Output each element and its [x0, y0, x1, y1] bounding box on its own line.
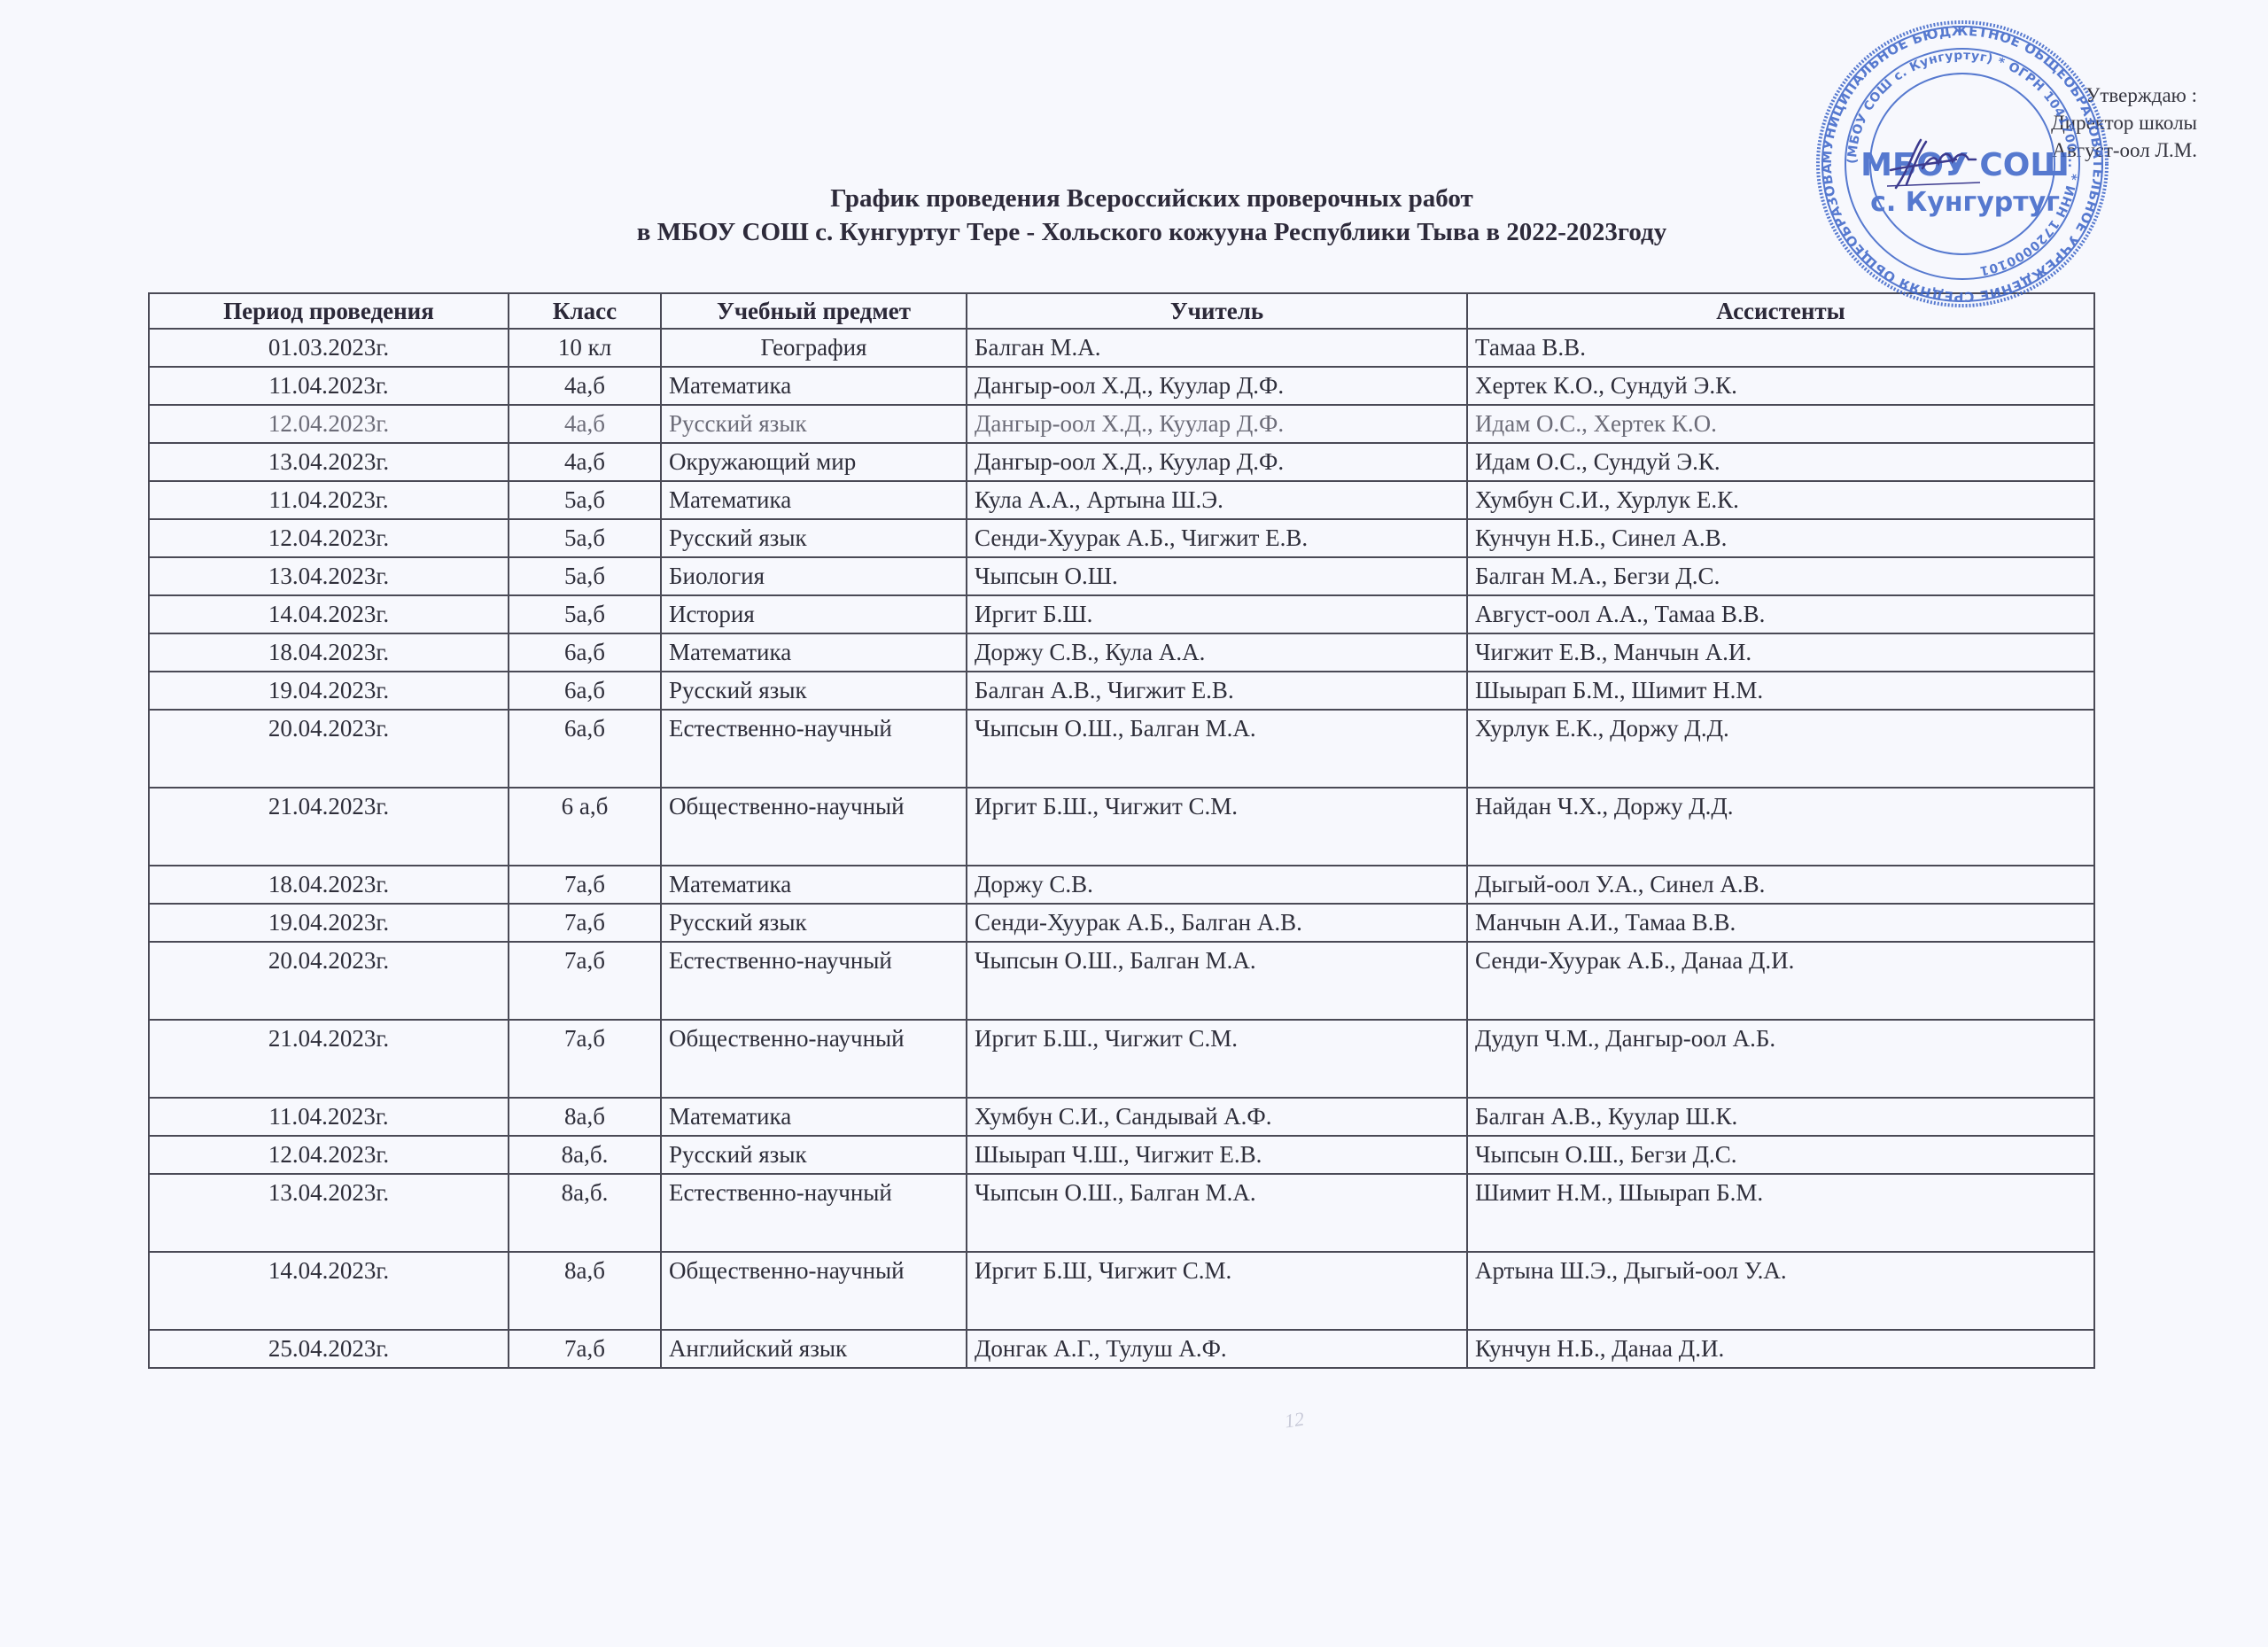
- cell-assistants: Сенди-Хуурак А.Б., Данаа Д.И.: [1467, 942, 2094, 1020]
- cell-assistants: Идам О.С., Хертек К.О.: [1467, 405, 2094, 443]
- cell-date: 25.04.2023г.: [149, 1330, 509, 1368]
- table-row: 12.04.2023г.5а,бРусский языкСенди-Хуурак…: [149, 519, 2094, 557]
- cell-class: 5а,б: [509, 557, 661, 595]
- cell-subject: Математика: [661, 866, 967, 904]
- cell-assistants: Август-оол А.А., Тамаа В.В.: [1467, 595, 2094, 633]
- table-row: 11.04.2023г.8а,бМатематикаХумбун С.И., С…: [149, 1098, 2094, 1136]
- cell-class: 4а,б: [509, 405, 661, 443]
- cell-subject: Русский язык: [661, 672, 967, 710]
- cell-assistants: Идам О.С., Сундуй Э.К.: [1467, 443, 2094, 481]
- cell-teacher: Сенди-Хуурак А.Б., Чигжит Е.В.: [967, 519, 1467, 557]
- cell-class: 6а,б: [509, 710, 661, 788]
- cell-subject: География: [661, 329, 967, 367]
- cell-date: 19.04.2023г.: [149, 904, 509, 942]
- approval-block: Утверждаю : Директор школы Август-оол Л.…: [1914, 82, 2197, 164]
- cell-assistants: Дудуп Ч.М., Дангыр-оол А.Б.: [1467, 1020, 2094, 1098]
- cell-assistants: Чигжит Е.В., Манчын А.И.: [1467, 633, 2094, 672]
- cell-class: 7а,б: [509, 942, 661, 1020]
- cell-teacher: Чыпсын О.Ш., Балган М.А.: [967, 942, 1467, 1020]
- cell-teacher: Шыырап Ч.Ш., Чигжит Е.В.: [967, 1136, 1467, 1174]
- table-header-row: Период проведения Класс Учебный предмет …: [149, 293, 2094, 329]
- cell-date: 12.04.2023г.: [149, 405, 509, 443]
- cell-assistants: Хумбун С.И., Хурлук Е.К.: [1467, 481, 2094, 519]
- table-row: 19.04.2023г.6а,бРусский языкБалган А.В.,…: [149, 672, 2094, 710]
- cell-subject: Русский язык: [661, 519, 967, 557]
- approval-title: Утверждаю :: [1914, 82, 2197, 109]
- cell-date: 20.04.2023г.: [149, 710, 509, 788]
- cell-assistants: Шимит Н.М., Шыырап Б.М.: [1467, 1174, 2094, 1252]
- cell-teacher: Доржу С.В., Кула А.А.: [967, 633, 1467, 672]
- cell-date: 13.04.2023г.: [149, 557, 509, 595]
- cell-assistants: Дыгый-оол У.А., Синел А.В.: [1467, 866, 2094, 904]
- cell-assistants: Балган М.А., Бегзи Д.С.: [1467, 557, 2094, 595]
- cell-assistants: Артына Ш.Э., Дыгый-оол У.А.: [1467, 1252, 2094, 1330]
- cell-teacher: Хумбун С.И., Сандывай А.Ф.: [967, 1098, 1467, 1136]
- cell-class: 7а,б: [509, 1020, 661, 1098]
- table-row: 12.04.2023г.4а,бРусский языкДангыр-оол Х…: [149, 405, 2094, 443]
- table-row: 21.04.2023г.7а,бОбщественно-научныйИргит…: [149, 1020, 2094, 1098]
- cell-date: 21.04.2023г.: [149, 788, 509, 866]
- cell-date: 19.04.2023г.: [149, 672, 509, 710]
- cell-teacher: Дангыр-оол Х.Д., Куулар Д.Ф.: [967, 443, 1467, 481]
- header-class: Класс: [509, 293, 661, 329]
- cell-subject: Естественно-научный: [661, 942, 967, 1020]
- cell-class: 7а,б: [509, 904, 661, 942]
- cell-teacher: Иргит Б.Ш., Чигжит С.М.: [967, 788, 1467, 866]
- cell-assistants: Балган А.В., Куулар Ш.К.: [1467, 1098, 2094, 1136]
- cell-date: 13.04.2023г.: [149, 443, 509, 481]
- table-row: 13.04.2023г.4а,бОкружающий мирДангыр-оол…: [149, 443, 2094, 481]
- header-period: Период проведения: [149, 293, 509, 329]
- cell-class: 4а,б: [509, 367, 661, 405]
- approval-signatory: Август-оол Л.М.: [1914, 136, 2197, 164]
- title-line-2: в МБОУ СОШ с. Кунгуртуг Тере - Хольского…: [443, 215, 1860, 249]
- cell-assistants: Шыырап Б.М., Шимит Н.М.: [1467, 672, 2094, 710]
- header-teacher: Учитель: [967, 293, 1467, 329]
- cell-subject: Общественно-научный: [661, 788, 967, 866]
- cell-subject: Биология: [661, 557, 967, 595]
- table-row: 11.04.2023г.4а,бМатематикаДангыр-оол Х.Д…: [149, 367, 2094, 405]
- table-row: 12.04.2023г.8а,б.Русский языкШыырап Ч.Ш.…: [149, 1136, 2094, 1174]
- cell-class: 5а,б: [509, 595, 661, 633]
- cell-teacher: Иргит Б.Ш., Чигжит С.М.: [967, 1020, 1467, 1098]
- cell-class: 8а,б: [509, 1098, 661, 1136]
- table-row: 20.04.2023г.7а,бЕстественно-научныйЧыпсы…: [149, 942, 2094, 1020]
- cell-assistants: Чыпсын О.Ш., Бегзи Д.С.: [1467, 1136, 2094, 1174]
- cell-date: 18.04.2023г.: [149, 633, 509, 672]
- table-row: 11.04.2023г.5а,бМатематикаКула А.А., Арт…: [149, 481, 2094, 519]
- cell-teacher: Дангыр-оол Х.Д., Куулар Д.Ф.: [967, 367, 1467, 405]
- cell-assistants: Найдан Ч.Х., Доржу Д.Д.: [1467, 788, 2094, 866]
- cell-date: 01.03.2023г.: [149, 329, 509, 367]
- cell-subject: Английский язык: [661, 1330, 967, 1368]
- cell-subject: Математика: [661, 1098, 967, 1136]
- cell-class: 10 кл: [509, 329, 661, 367]
- cell-date: 13.04.2023г.: [149, 1174, 509, 1252]
- cell-teacher: Сенди-Хуурак А.Б., Балган А.В.: [967, 904, 1467, 942]
- cell-subject: Математика: [661, 633, 967, 672]
- cell-class: 6а,б: [509, 672, 661, 710]
- table-row: 18.04.2023г.6а,бМатематикаДоржу С.В., Ку…: [149, 633, 2094, 672]
- cell-class: 7а,б: [509, 1330, 661, 1368]
- cell-date: 14.04.2023г.: [149, 595, 509, 633]
- cell-subject: Окружающий мир: [661, 443, 967, 481]
- cell-teacher: Донгак А.Г., Тулуш А.Ф.: [967, 1330, 1467, 1368]
- handwritten-page-note: 12: [1283, 1408, 1305, 1433]
- cell-date: 20.04.2023г.: [149, 942, 509, 1020]
- cell-teacher: Иргит Б.Ш.: [967, 595, 1467, 633]
- cell-assistants: Хурлук Е.К., Доржу Д.Д.: [1467, 710, 2094, 788]
- cell-teacher: Доржу С.В.: [967, 866, 1467, 904]
- cell-teacher: Кула А.А., Артына Ш.Э.: [967, 481, 1467, 519]
- cell-subject: Естественно-научный: [661, 710, 967, 788]
- cell-class: 5а,б: [509, 481, 661, 519]
- table-row: 19.04.2023г.7а,бРусский языкСенди-Хуурак…: [149, 904, 2094, 942]
- cell-subject: Русский язык: [661, 1136, 967, 1174]
- approval-position: Директор школы: [1914, 109, 2197, 136]
- cell-class: 6а,б: [509, 633, 661, 672]
- cell-subject: Общественно-научный: [661, 1020, 967, 1098]
- cell-date: 11.04.2023г.: [149, 481, 509, 519]
- cell-teacher: Чыпсын О.Ш., Балган М.А.: [967, 710, 1467, 788]
- table-row: 25.04.2023г.7а,бАнглийский языкДонгак А.…: [149, 1330, 2094, 1368]
- table-row: 13.04.2023г.8а,б.Естественно-научныйЧыпс…: [149, 1174, 2094, 1252]
- cell-date: 12.04.2023г.: [149, 1136, 509, 1174]
- cell-assistants: Кунчун Н.Б., Данаа Д.И.: [1467, 1330, 2094, 1368]
- cell-teacher: Чыпсын О.Ш.: [967, 557, 1467, 595]
- cell-class: 4а,б: [509, 443, 661, 481]
- cell-teacher: Чыпсын О.Ш., Балган М.А.: [967, 1174, 1467, 1252]
- table-body: 01.03.2023г.10 клГеографияБалган М.А.Там…: [149, 329, 2094, 1368]
- table-row: 14.04.2023г.5а,бИсторияИргит Б.Ш.Август-…: [149, 595, 2094, 633]
- cell-date: 21.04.2023г.: [149, 1020, 509, 1098]
- cell-class: 5а,б: [509, 519, 661, 557]
- cell-subject: Русский язык: [661, 904, 967, 942]
- cell-teacher: Балган А.В., Чигжит Е.В.: [967, 672, 1467, 710]
- cell-teacher: Дангыр-оол Х.Д., Куулар Д.Ф.: [967, 405, 1467, 443]
- title-line-1: График проведения Всероссийских провероч…: [443, 182, 1860, 215]
- table-row: 13.04.2023г.5а,бБиологияЧыпсын О.Ш.Балга…: [149, 557, 2094, 595]
- cell-class: 6 а,б: [509, 788, 661, 866]
- cell-class: 8а,б: [509, 1252, 661, 1330]
- header-subject: Учебный предмет: [661, 293, 967, 329]
- cell-assistants: Хертек К.О., Сундуй Э.К.: [1467, 367, 2094, 405]
- table-row: 18.04.2023г.7а,бМатематикаДоржу С.В.Дыгы…: [149, 866, 2094, 904]
- cell-class: 8а,б.: [509, 1174, 661, 1252]
- cell-class: 8а,б.: [509, 1136, 661, 1174]
- school-stamp-icon: МУНИЦИПАЛЬНОЕ БЮДЖЕТНОЕ ОБЩЕОБРАЗОВАТЕЛЬ…: [1814, 18, 2111, 310]
- cell-assistants: Кунчун Н.Б., Синел А.В.: [1467, 519, 2094, 557]
- cell-class: 7а,б: [509, 866, 661, 904]
- stamp-center-line2: с. Кунгуртуг: [1870, 187, 2060, 218]
- cell-date: 12.04.2023г.: [149, 519, 509, 557]
- cell-assistants: Тамаа В.В.: [1467, 329, 2094, 367]
- cell-subject: Общественно-научный: [661, 1252, 967, 1330]
- cell-subject: Математика: [661, 367, 967, 405]
- cell-date: 18.04.2023г.: [149, 866, 509, 904]
- header-assistants: Ассистенты: [1467, 293, 2094, 329]
- cell-date: 11.04.2023г.: [149, 1098, 509, 1136]
- cell-date: 11.04.2023г.: [149, 367, 509, 405]
- cell-subject: Русский язык: [661, 405, 967, 443]
- table-row: 20.04.2023г.6а,бЕстественно-научныйЧыпсы…: [149, 710, 2094, 788]
- cell-subject: Математика: [661, 481, 967, 519]
- table-row: 14.04.2023г.8а,бОбщественно-научныйИргит…: [149, 1252, 2094, 1330]
- document-title: График проведения Всероссийских провероч…: [443, 182, 1860, 249]
- cell-subject: История: [661, 595, 967, 633]
- cell-teacher: Балган М.А.: [967, 329, 1467, 367]
- cell-subject: Естественно-научный: [661, 1174, 967, 1252]
- cell-assistants: Манчын А.И., Тамаа В.В.: [1467, 904, 2094, 942]
- table-row: 01.03.2023г.10 клГеографияБалган М.А.Там…: [149, 329, 2094, 367]
- cell-teacher: Иргит Б.Ш, Чигжит С.М.: [967, 1252, 1467, 1330]
- table-row: 21.04.2023г.6 а,бОбщественно-научныйИрги…: [149, 788, 2094, 866]
- cell-date: 14.04.2023г.: [149, 1252, 509, 1330]
- vpr-schedule-table: Период проведения Класс Учебный предмет …: [148, 292, 2095, 1369]
